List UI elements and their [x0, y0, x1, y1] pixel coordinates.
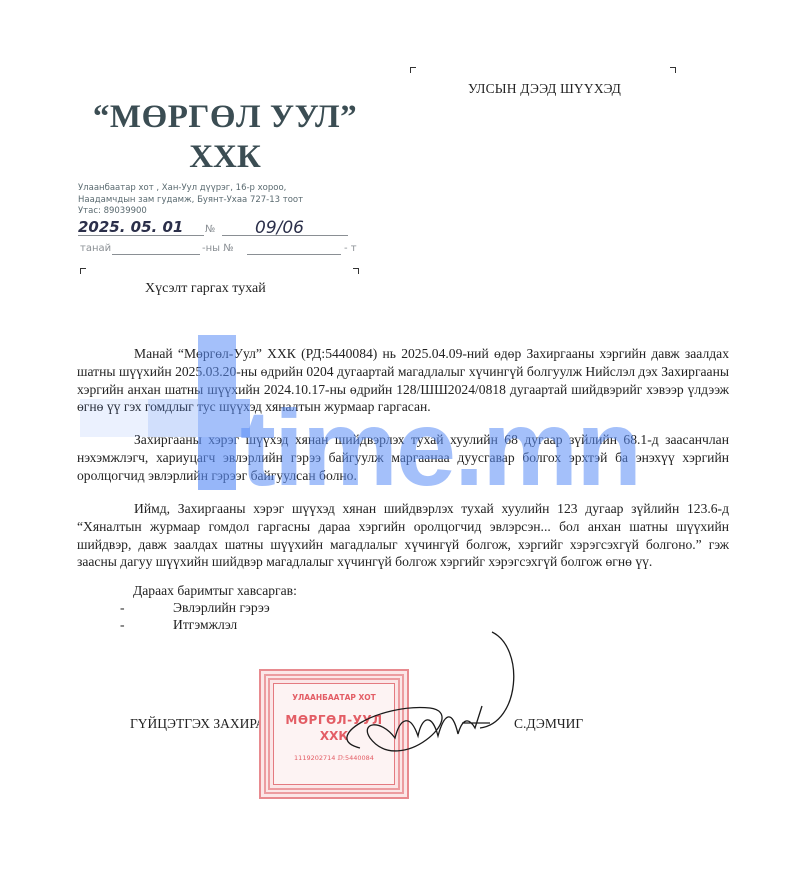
bullet: - — [133, 616, 173, 633]
attachment-label: Итгэмжлэл — [173, 616, 237, 633]
paragraph-2: Захиргааны хэрэг шүүхэд хянан шийдвэрлэх… — [77, 431, 729, 484]
attachments: Дараах баримтыг хавсаргав: - Эвлэрлийн г… — [133, 582, 297, 633]
attachment-label: Эвлэрлийн гэрээ — [173, 599, 270, 616]
your-number-underline — [247, 254, 341, 255]
your-number-label: -ны № — [202, 243, 234, 254]
company-name: “МӨРГӨЛ УУЛ” — [60, 97, 390, 137]
number-label: № — [205, 224, 215, 235]
paragraph-1: Манай “Мөргөл-Уул” ХХК (РД:5440084) нь 2… — [77, 345, 729, 416]
corner-mark — [410, 67, 416, 73]
signature-scrawl-icon — [340, 628, 530, 768]
letter-date: 2025. 05. 01 — [78, 218, 183, 236]
paragraph-3: Иймд, Захиргааны хэрэг шүүхэд хянан шийд… — [77, 500, 729, 571]
subject: Хүсэлт гаргах тухай — [145, 281, 266, 297]
company-address: Улаанбаатар хот , Хан-Уул дүүрэг, 16-р х… — [78, 183, 303, 218]
address-line: Наадамчдын зам гудамж, Буянт-Ухаа 727-13… — [78, 195, 303, 207]
corner-mark — [80, 268, 86, 274]
attachment-item: - Итгэмжлэл — [133, 616, 297, 633]
signer-position: ГҮЙЦЭТГЭХ ЗАХИРАЛ — [130, 716, 274, 732]
recipient: УЛСЫН ДЭЭД ШҮҮХЭД — [468, 81, 621, 97]
attachment-item: - Эвлэрлийн гэрээ — [133, 599, 297, 616]
date-underline — [78, 235, 204, 236]
letter-number: 09/06 — [255, 218, 304, 238]
your-label: танай — [80, 243, 111, 254]
address-line: Улаанбаатар хот , Хан-Уул дүүрэг, 16-р х… — [78, 183, 303, 195]
corner-mark — [353, 268, 359, 274]
attachments-heading: Дараах баримтыг хавсаргав: — [133, 582, 297, 599]
corner-mark — [670, 67, 676, 73]
company-type: ХХК — [60, 137, 390, 177]
signer-name: С.ДЭМЧИГ — [514, 716, 583, 732]
your-underline — [112, 254, 200, 255]
phone-line: Утас: 89039900 — [78, 206, 303, 218]
bullet: - — [133, 599, 173, 616]
reference-suffix: - т — [344, 243, 357, 254]
